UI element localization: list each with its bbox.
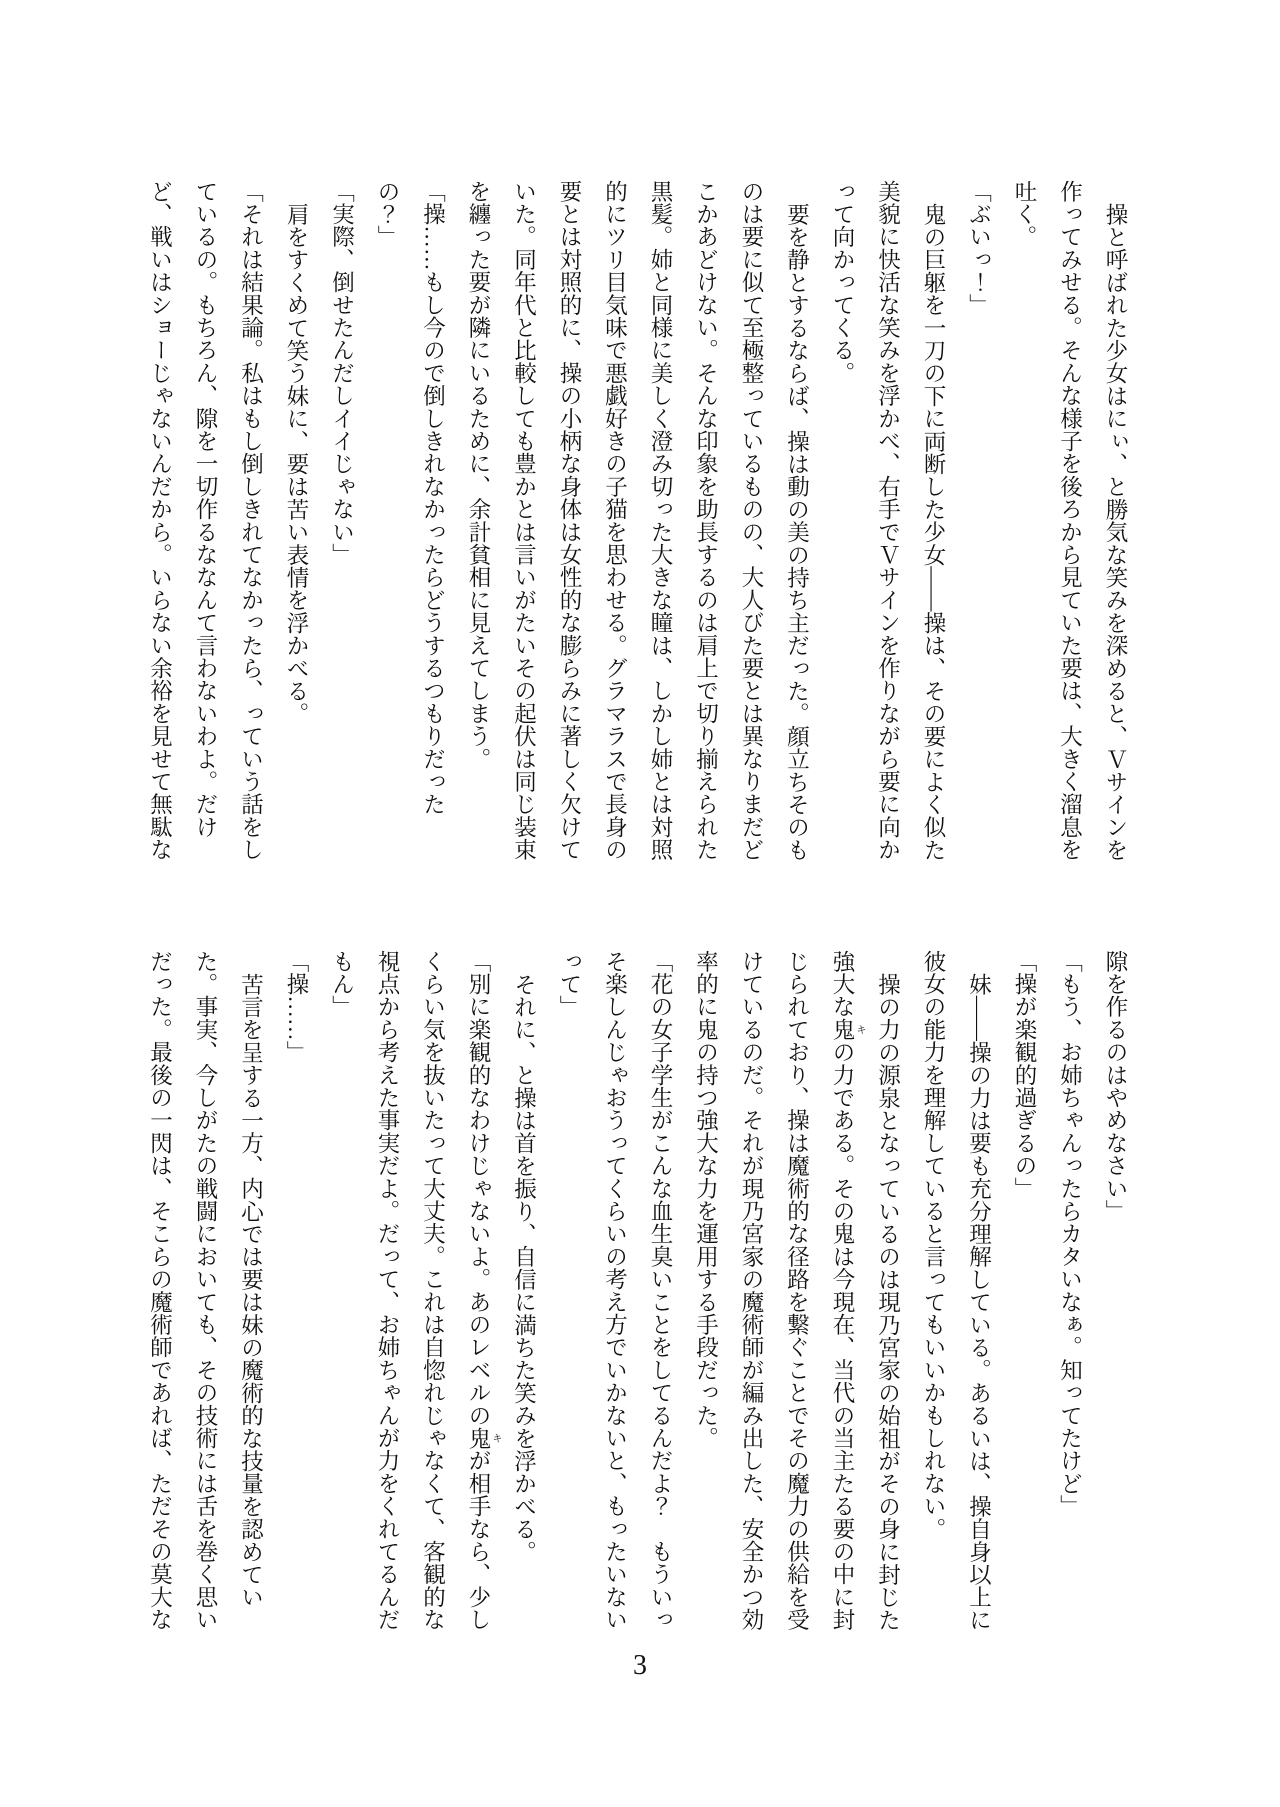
text-column: 的にツリ目気味で悪戯好きの子猫を思わせる。グラマラスで長身の	[592, 180, 638, 858]
text-column: じられており、操は魔術的な径路を繋ぐことでその魔力の供給を受	[774, 950, 820, 1642]
text-column: 隙を作るのはやめなさい」	[1093, 950, 1139, 1642]
text-column: 要を静とするならば、操は動の美の持ち主だった。顔立ちそのも	[774, 180, 820, 858]
text-column: 「操が楽観的過ぎるの」	[1002, 950, 1048, 1642]
text-column: ているの。もちろん、隙を一切作るななんて言わないわよ。だけ	[183, 180, 229, 858]
text-column: って」	[547, 950, 593, 1642]
text-column: 「別に楽観的なわけじゃないよ。あのレベルの鬼キが相手なら、少し	[456, 950, 502, 1642]
text-column: もん」	[319, 950, 365, 1642]
text-column: いた。同年代と比較しても豊かとは言いがたいその起伏は同じ装束	[501, 180, 547, 858]
text-column: 操と呼ばれた少女はにぃ、と勝気な笑みを深めると、Ｖサインを	[1093, 180, 1139, 858]
text-column: のは要に似て至極整っているものの、大人びた要とは異なりまだど	[729, 180, 775, 858]
text-column: 苦言を呈する一方、内心では要は妹の魔術的な技量を認めてい	[228, 950, 274, 1642]
text-column: 吐く。	[1002, 180, 1048, 858]
text-column: くらい気を抜いたって大丈夫。これは自惚れじゃなくて、客観的な	[410, 950, 456, 1642]
text-column: 操の力の源泉となっているのは現乃宮家の始祖がその身に封じた	[865, 950, 911, 1642]
upper-text-block: 操と呼ばれた少女はにぃ、と勝気な笑みを深めると、Ｖサインを作ってみせる。そんな様…	[137, 180, 1138, 858]
text-column: 美貌に快活な笑みを浮かべ、右手でＶサインを作りながら要に向か	[865, 180, 911, 858]
text-column: 「それは結果論。私はもし倒しきれてなかったら、っていう話をし	[228, 180, 274, 858]
text-column: 彼女の能力を理解していると言ってもいいかもしれない。	[911, 950, 957, 1642]
text-column: 強大な鬼キの力である。その鬼は今現在、当代の当主たる要の中に封	[820, 950, 866, 1642]
text-column: 鬼の巨躯を一刀の下に両断した少女――操は、その要によく似た	[911, 180, 957, 858]
text-column: 「操……もし今ので倒しきれなかったらどうするつもりだった	[410, 180, 456, 858]
text-column: 黒髪。姉と同様に美しく澄み切った大きな瞳は、しかし姉とは対照	[638, 180, 684, 858]
lower-text-block: 隙を作るのはやめなさい」「もう、お姉ちゃんったらカタいなぁ。知ってたけど」「操が…	[137, 950, 1138, 1642]
text-column: 「操……」	[274, 950, 320, 1642]
page-number: 3	[0, 1650, 1280, 1682]
text-column: 肩をすくめて笑う妹に、要は苦い表情を浮かべる。	[274, 180, 320, 858]
novel-page: 操と呼ばれた少女はにぃ、と勝気な笑みを深めると、Ｖサインを作ってみせる。そんな様…	[0, 0, 1280, 1807]
text-column: だった。最後の一閃は、そこらの魔術師であれば、ただその莫大な	[137, 950, 183, 1642]
text-column: 「ぶいっ！」	[956, 180, 1002, 858]
text-column: 率的に鬼の持つ強大な力を運用する手段だった。	[683, 950, 729, 1642]
text-column: を纏った要が隣にいるために、余計貧相に見えてしまう。	[456, 180, 502, 858]
text-column: 視点から考えた事実だよ。だって、お姉ちゃんが力をくれてるんだ	[365, 950, 411, 1642]
text-column: の？」	[365, 180, 411, 858]
text-column: そ楽しんじゃおうってくらいの考え方でいかないと、もったいない	[592, 950, 638, 1642]
text-column: た。事実、今しがたの戦闘においても、その技術には舌を巻く思い	[183, 950, 229, 1642]
text-column: それに、と操は首を振り、自信に満ちた笑みを浮かべる。	[501, 950, 547, 1642]
text-column: 妹――操の力は要も充分理解している。あるいは、操自身以上に	[956, 950, 1002, 1642]
text-column: 「花の女子学生がこんな血生臭いことをしてるんだよ？ もういっ	[638, 950, 684, 1642]
ruby-annotated-text: 鬼キ	[466, 1427, 491, 1450]
text-column: ど、戦いはショーじゃないんだから。いらない余裕を見せて無駄な	[137, 180, 183, 858]
text-column: 作ってみせる。そんな様子を後ろから見ていた要は、大きく溜息を	[1047, 180, 1093, 858]
text-column: けているのだ。それが現乃宮家の魔術師が編み出した、安全かつ効	[729, 950, 775, 1642]
ruby-annotated-text: 鬼キ	[830, 1018, 855, 1041]
text-column: 「実際、倒せたんだしイイじゃない」	[319, 180, 365, 858]
text-column: って向かってくる。	[820, 180, 866, 858]
text-column: 要とは対照的に、操の小柄な身体は女性的な膨らみに著しく欠けて	[547, 180, 593, 858]
text-column: こかあどけない。そんな印象を助長するのは肩上で切り揃えられた	[683, 180, 729, 858]
text-column: 「もう、お姉ちゃんったらカタいなぁ。知ってたけど」	[1047, 950, 1093, 1642]
